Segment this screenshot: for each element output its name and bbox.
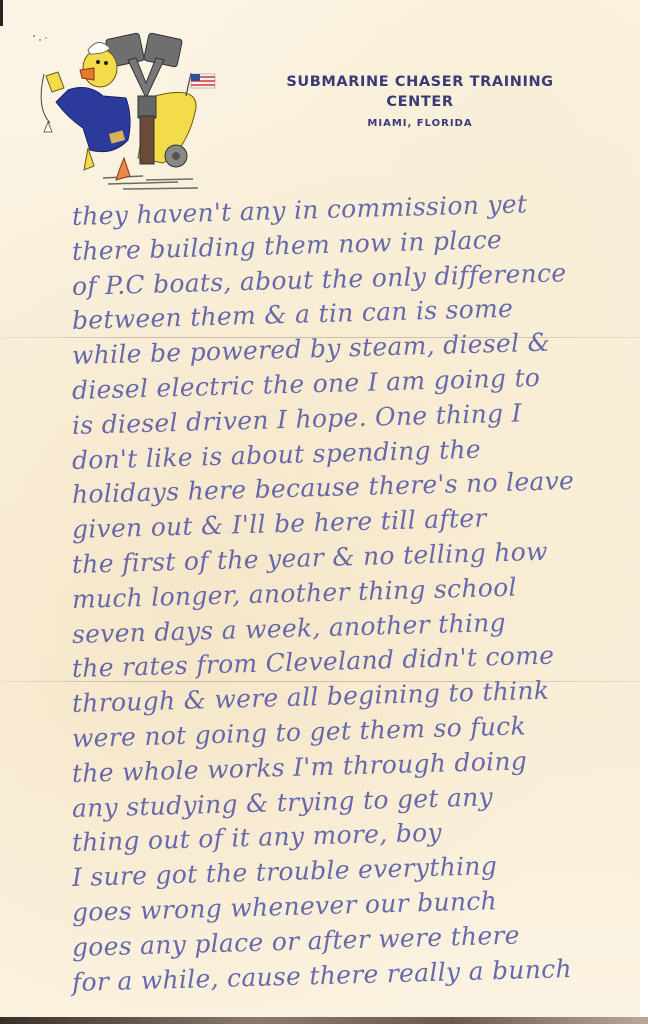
letterhead-title: SUBMARINE CHASER TRAINING [255, 72, 585, 92]
letter-page: SUBMARINE CHASER TRAINING CENTER MIAMI, … [0, 0, 640, 1017]
duck-mascot-icon [28, 28, 228, 198]
letterhead-location: MIAMI, FLORIDA [255, 118, 585, 129]
letterhead-title-line2: CENTER [255, 92, 585, 112]
scan-edge [0, 1017, 648, 1024]
handwritten-letter-body: they haven't any in commission yetthere … [72, 200, 642, 1000]
letterhead: SUBMARINE CHASER TRAINING CENTER MIAMI, … [255, 72, 585, 129]
scan-edge [0, 0, 3, 26]
